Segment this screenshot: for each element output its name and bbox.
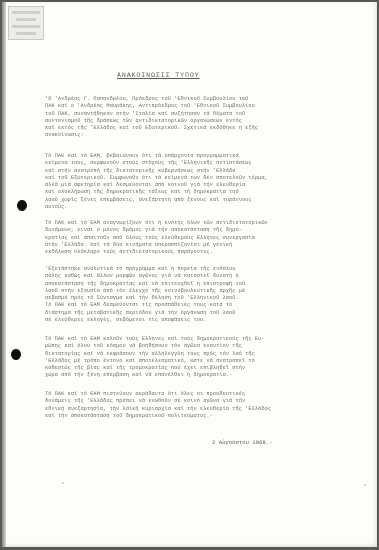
text-line: ἀποκατάσταση τῆς δημοκρατίας καί νά ἐπιτ…: [45, 281, 343, 288]
text-line: 'Ελλάδος μέ τρόπο ἔντονο καί ἀποτελεσματ…: [45, 358, 343, 365]
document-title: ΑΝΑΚΟΙΝΩΣΙΣ ΤΥΠΟΥ: [117, 72, 200, 79]
text-line: συντονισμοῦ τῆς δράσεως τῶν ἀντιδικτατορ…: [45, 118, 343, 125]
text-line: ἐκδήλωση ὁλόκληρο τούς ἀντιδικτατορικούς…: [45, 249, 343, 256]
text-line: τοῦ ΠΑΚ, συναντήθηκαν στήν 'Ιταλία καί σ…: [45, 111, 343, 118]
text-line: σεβασμό πρός τό Σύνταγμα καί τήν θέληση …: [45, 295, 343, 302]
document-page: ΑΝΑΚΟΙΝΩΣΙΣ ΤΥΠΟΥ 'Ο 'Ανδρέας Γ. Παπανδρ…: [2, 2, 377, 547]
paragraph-3: Τό ΠΑΚ καί τό ΕΑΜ ἀναγνωρίζουν ὅτι ἡ ἑνό…: [45, 220, 343, 256]
text-line: ΠΑΚ καί ὁ 'Ανδρέας Μαυράκης, Αντιπρόεδρο…: [45, 103, 343, 110]
stamp-line: [16, 18, 36, 21]
stamp-line: [12, 25, 40, 28]
text-line: Τό ΠΑΚ καί τό ΕΑΜ, βεβαιώνουν ὅτι τά ὑπά…: [45, 153, 343, 160]
document-date: 2 Αὐγούστου 1968.-: [212, 439, 272, 446]
text-line: καί ὁλοκλήρωση τῆς δημοκρατικῆς τάξεως κ…: [45, 189, 343, 196]
text-line: σέ ἐλεύθερες ἐκλογές, σεβόμενοι τίς ἀποφ…: [45, 317, 343, 324]
text-line: καί ἐκτός τῆς 'Ελλάδος καί τοῦ Εξωτερικο…: [45, 125, 343, 132]
paragraph-6: Τό ΠΑΚ καί τό ΕΑΜ πιστεύουν ἀκράδαντα ὅτ…: [45, 391, 343, 420]
text-line: 'Εξετάστηκε ἀναλυτικά τό πρόγραμμα καί ἡ…: [45, 266, 343, 273]
text-line: κρατίας καί ἀπαιτοῦν ἀπό ὅλους τούς ἐλεύ…: [45, 235, 343, 242]
text-line: Τό ΠΑΚ καί τό ΕΑΜ καλοῦν τούς Ελληνες κα…: [45, 336, 343, 343]
text-line: ἀνακοίνωσις:: [45, 132, 343, 139]
paper-speck: [62, 482, 64, 484]
text-line: δυνάμεων, εἶναι ὁ μόνος δρόμος γιά τήν ἀ…: [45, 227, 343, 234]
text-line: ρώπης καί ὅλου τοῦ κόσμου νά βοηθήσουν τ…: [45, 343, 343, 350]
text-line: 'Ο 'Ανδρέας Γ. Παπανδρέου, Πρόεδρος τοῦ …: [45, 96, 343, 103]
text-line: αὐτούς.: [45, 204, 343, 211]
text-line: καί στήν ἀνατροπή τῆς δικτατορικῆς κυβερ…: [45, 168, 343, 175]
text-line: λαοῦ χωρίς ξένες ἐπεμβάσεις, ἀνεξάρτητη …: [45, 197, 343, 204]
text-line: Τό ΠΑΚ καί τό ΕΑΜ πιστεύουν ἀκράδαντα ὅτ…: [45, 391, 343, 398]
punch-hole-top: [17, 200, 27, 211]
archive-stamp-logo: [8, 6, 44, 40]
text-line: Τό ΠΑΚ καί τό ΕΑΜ δεσμεύονται τίς προσπά…: [45, 302, 343, 309]
text-line: λαοῦ στήν ἐξουσία ἀπό τόν ἔλεγχο τῆς κοι…: [45, 288, 343, 295]
text-line: δικτατορίας καί νά ἐκφράσουν τήν ἀλληλεγ…: [45, 351, 343, 358]
text-line: κείμενα τους, συμφωνοῦν στούς στόχους τῆ…: [45, 160, 343, 167]
text-line: δυνάμεις τῆς 'Ελλάδος πρέπει νά ἑνωθοῦν …: [45, 398, 343, 405]
paragraph-4: 'Εξετάστηκε ἀναλυτικά τό πρόγραμμα καί ἡ…: [45, 266, 343, 324]
text-line: πάλης καθώς καί ἄλλων μορφῶν ἀγῶνος γιά …: [45, 273, 343, 280]
text-line: ἀλλά μιά ἀφετηρία καί δεσμεύονται ἀπό κο…: [45, 182, 343, 189]
punch-hole-bottom: [11, 349, 21, 360]
text-line: καί τήν ἀποκατάσταση τοῦ δημοκρατικοῦ πο…: [45, 413, 343, 420]
text-line: καθεστώς τῆς βίας καί τῆς τρομοκρατίας π…: [45, 365, 343, 372]
text-line: χώρα ἀπό τήν ξένη ἐπέμβαση καί νά ἐπανέλ…: [45, 372, 343, 379]
paragraph-5: Τό ΠΑΚ καί τό ΕΑΜ καλοῦν τούς Ελληνες κα…: [45, 336, 343, 380]
text-line: ἐθνική ἀνεξαρτησία, τήν λαϊκή κυριαρχία …: [45, 406, 343, 413]
paper-speck: [364, 484, 366, 486]
text-line: διάστημα τῆς μεταβατικῆς περιόδου γιά τή…: [45, 310, 343, 317]
paragraph-1: 'Ο 'Ανδρέας Γ. Παπανδρέου, Πρόεδρος τοῦ …: [45, 96, 343, 140]
text-line: καί τοῦ Εξωτερικοῦ. Συμφωνοῦν ὅτι τά κεί…: [45, 175, 343, 182]
text-line: Τό ΠΑΚ καί τό ΕΑΜ ἀναγνωρίζουν ὅτι ἡ ἑνό…: [45, 220, 343, 227]
paragraph-2: Τό ΠΑΚ καί τό ΕΑΜ, βεβαιώνουν ὅτι τά ὑπά…: [45, 153, 343, 211]
stamp-line: [16, 32, 36, 35]
stamp-line: [12, 11, 40, 14]
text-line: στήν 'Ελλάδα. Καί τά δύο κινήματα ὑπερασ…: [45, 242, 343, 249]
